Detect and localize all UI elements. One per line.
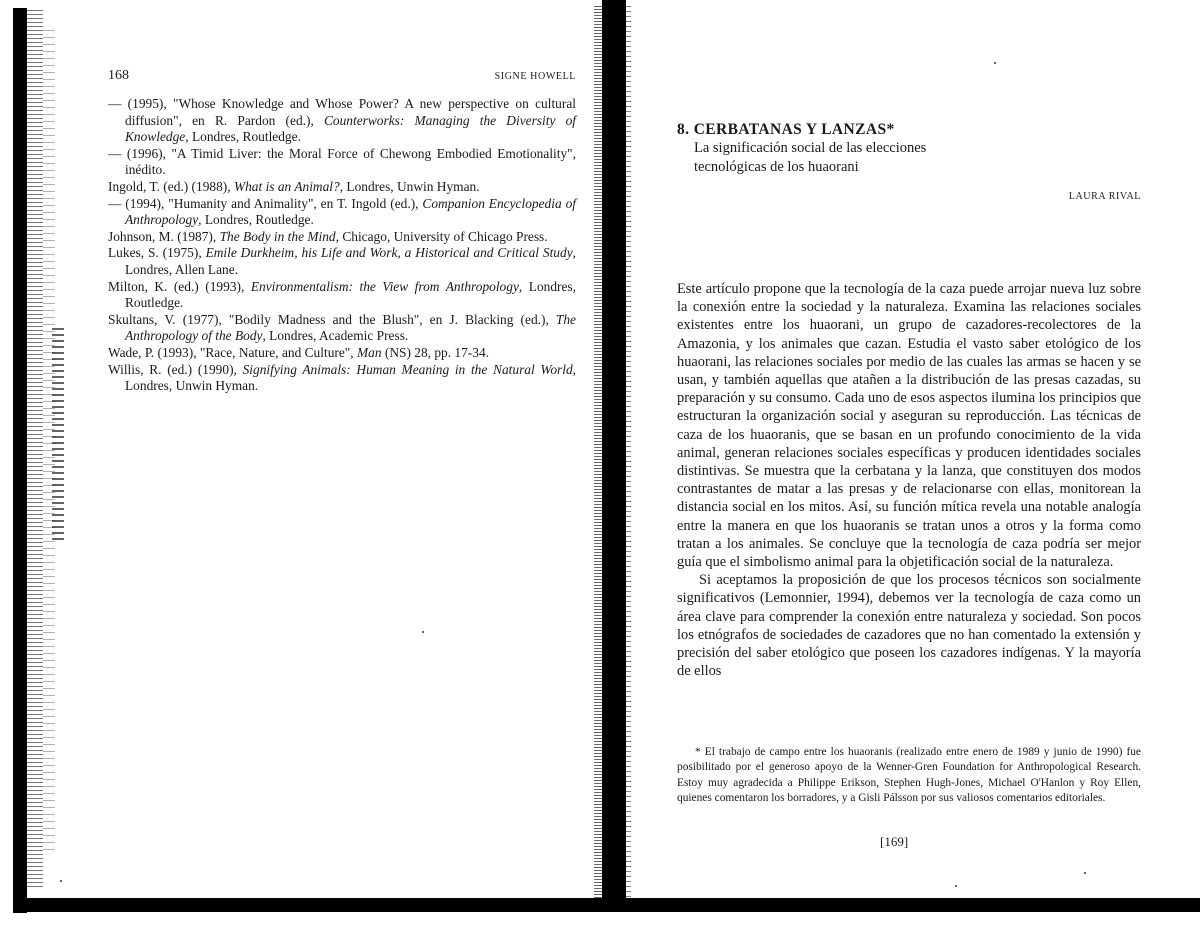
footnote: * El trabajo de campo entre los huaorani… — [677, 745, 1141, 806]
page-number-right: [169] — [880, 834, 908, 850]
paragraph-abstract: Este artículo propone que la tecnología … — [677, 280, 1141, 571]
running-head-author: SIGNE HOWELL — [495, 71, 576, 82]
gutter-noise — [626, 6, 631, 906]
scan-binding-edge — [13, 8, 27, 913]
chapter-subtitle: La significación social de las eleccione… — [694, 139, 974, 177]
scan-speck — [994, 62, 996, 64]
chapter-title: 8. CERBATANAS Y LANZAS* — [677, 120, 1141, 139]
book-gutter — [602, 0, 626, 912]
reference-entry: Ingold, T. (ed.) (1988), What is an Anim… — [108, 179, 576, 196]
footnote-text: * El trabajo de campo entre los huaorani… — [677, 745, 1141, 806]
chapter-author: LAURA RIVAL — [677, 191, 1141, 202]
right-page: 8. CERBATANAS Y LANZAS* La significación… — [677, 120, 1141, 680]
page-number-left: 168 — [108, 68, 129, 84]
scan-bleed-through — [52, 328, 64, 543]
paragraph: Si aceptamos la proposición de que los p… — [677, 571, 1141, 680]
reference-entry: Milton, K. (ed.) (1993), Environmentalis… — [108, 279, 576, 312]
reference-entry: Lukes, S. (1975), Emile Durkheim, his Li… — [108, 245, 576, 278]
reference-entry: — (1996), "A Timid Liver: the Moral Forc… — [108, 146, 576, 179]
reference-entry: Wade, P. (1993), "Race, Nature, and Cult… — [108, 345, 576, 362]
reference-entry: Johnson, M. (1987), The Body in the Mind… — [108, 229, 576, 246]
reference-entry: Willis, R. (ed.) (1990), Signifying Anim… — [108, 362, 576, 395]
left-page: 168 SIGNE HOWELL — (1995), "Whose Knowle… — [108, 68, 576, 395]
scan-speck — [955, 885, 957, 887]
reference-entry: — (1994), "Humanity and Animality", en T… — [108, 196, 576, 229]
reference-entry: — (1995), "Whose Knowledge and Whose Pow… — [108, 96, 576, 146]
scan-bottom-edge — [13, 898, 1200, 912]
scan-speck — [422, 631, 424, 633]
reference-entry: Skultans, V. (1977), "Bodily Madness and… — [108, 312, 576, 345]
body-text: Este artículo propone que la tecnología … — [677, 280, 1141, 680]
scan-speck — [60, 880, 62, 882]
reference-list: — (1995), "Whose Knowledge and Whose Pow… — [108, 96, 576, 395]
scan-speck — [1084, 872, 1086, 874]
scan-edge-noise — [27, 10, 43, 890]
running-head: 168 SIGNE HOWELL — [108, 68, 576, 84]
